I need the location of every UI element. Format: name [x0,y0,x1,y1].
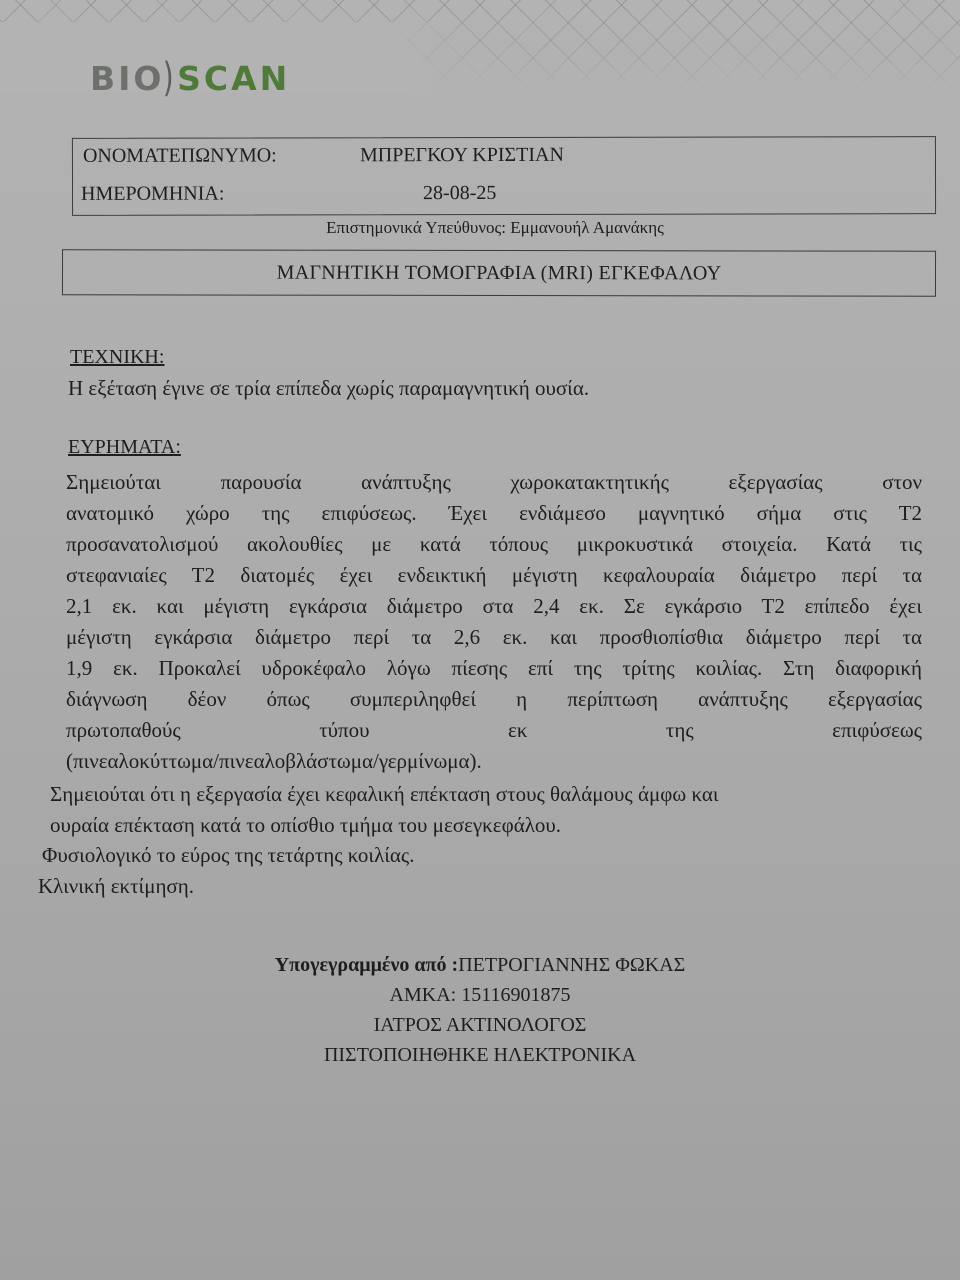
patient-name-label: ΟΝΟΜΑΤΕΠΩΝΥΜΟ: [83,144,277,167]
findings-line: 1,9 εκ. Προκαλεί υδροκέφαλο λόγω πίεσης … [66,653,922,684]
technique-heading: ΤΕΧΝΙΚΗ: [70,346,164,369]
electronic-certification: ΠΙΣΤΟΠΟΙΗΘΗΚΕ ΗΛΕΚΤΡΟΝΙΚΑ [0,1040,960,1070]
signed-by-name: ΠΕΤΡΟΓΙΑΝΝΗΣ ΦΩΚΑΣ [458,954,685,976]
logo-bio: BIO [90,59,164,98]
findings-heading: ΕΥΡΗΜΑΤΑ: [68,436,181,459]
findings-paragraph: Σημειούται παρουσία ανάπτυξης χωροκατακτ… [66,467,922,777]
amka-number: ΑΜΚΑ: 15116901875 [0,980,960,1010]
findings-line: στεφανιαίες Τ2 διατομές έχει ενδεικτική … [66,560,922,591]
fourth-ventricle-text: Φυσιολογικό το εύρος της τετάρτης κοιλία… [42,840,414,871]
clinical-assessment-text: Κλινική εκτίμηση. [38,871,194,902]
patient-name-value: ΜΠΡΕΓΚΟΥ ΚΡΙΣΤΙΑΝ [360,144,564,167]
exam-date-label: ΗΜΕΡΟΜΗΝΙΑ: [81,183,224,206]
findings-line: προσανατολισμού ακολουθίες με κατά τόπου… [66,529,922,560]
extension-line: Σημειούται ότι η εξεργασία έχει κεφαλική… [50,779,930,810]
exam-title-box: ΜΑΓΝΗΤΙΚΗ ΤΟΜΟΓΡΑΦΙΑ (MRI) ΕΓΚΕΦΑΛΟΥ [62,249,936,297]
technique-text: Η εξέταση έγινε σε τρία επίπεδα χωρίς πα… [68,373,768,404]
logo-scan: SCAN [177,59,290,98]
signature-block: Υπογεγραμμένο από :ΠΕΤΡΟΓΙΑΝΝΗΣ ΦΩΚΑΣ ΑΜ… [0,950,960,1070]
findings-line: 2,1 εκ. και μέγιστη εγκάρσια διάμετρο στ… [66,591,922,622]
signed-by-label: Υπογεγραμμένο από : [275,954,458,976]
signed-by-line: Υπογεγραμμένο από :ΠΕΤΡΟΓΙΑΝΝΗΣ ΦΩΚΑΣ [0,950,960,980]
patient-info-box: ΟΝΟΜΑΤΕΠΩΝΥΜΟ: ΜΠΡΕΓΚΟΥ ΚΡΙΣΤΙΑΝ ΗΜΕΡΟΜΗ… [72,136,936,216]
findings-line: διάγνωση δέον όπως συμπεριληφθεί η περίπ… [66,684,922,715]
exam-title: ΜΑΓΝΗΤΙΚΗ ΤΟΜΟΓΡΑΦΙΑ (MRI) ΕΓΚΕΦΑΛΟΥ [277,261,722,285]
extension-line: ουραία επέκταση κατά το οπίσθιο τμήμα το… [50,810,930,841]
bioscan-logo: BIO)SCAN [90,55,290,101]
findings-line: ανατομικό χώρο της επιφύσεως. Έχει ενδιά… [66,498,922,529]
extension-paragraph: Σημειούται ότι η εξεργασία έχει κεφαλική… [50,779,930,841]
findings-line: πρωτοπαθούς τύπου εκ της επιφύσεως [66,715,922,746]
logo-divider-icon: ) [163,55,176,101]
exam-date-value: 28-08-25 [423,182,496,205]
findings-line: (πινεαλοκύττωμα/πινεαλοβλάστωμα/γερμίνωμ… [66,746,922,777]
doctor-role: ΙΑΤΡΟΣ ΑΚΤΙΝΟΛΟΓΟΣ [0,1010,960,1040]
scientific-director: Επιστημονικά Υπεύθυνος: Εμμανουήλ Αμανάκ… [0,218,960,238]
findings-line: μέγιστη εγκάρσια διάμετρο περί τα 2,6 εκ… [66,622,922,653]
findings-line: Σημειούται παρουσία ανάπτυξης χωροκατακτ… [66,467,922,498]
